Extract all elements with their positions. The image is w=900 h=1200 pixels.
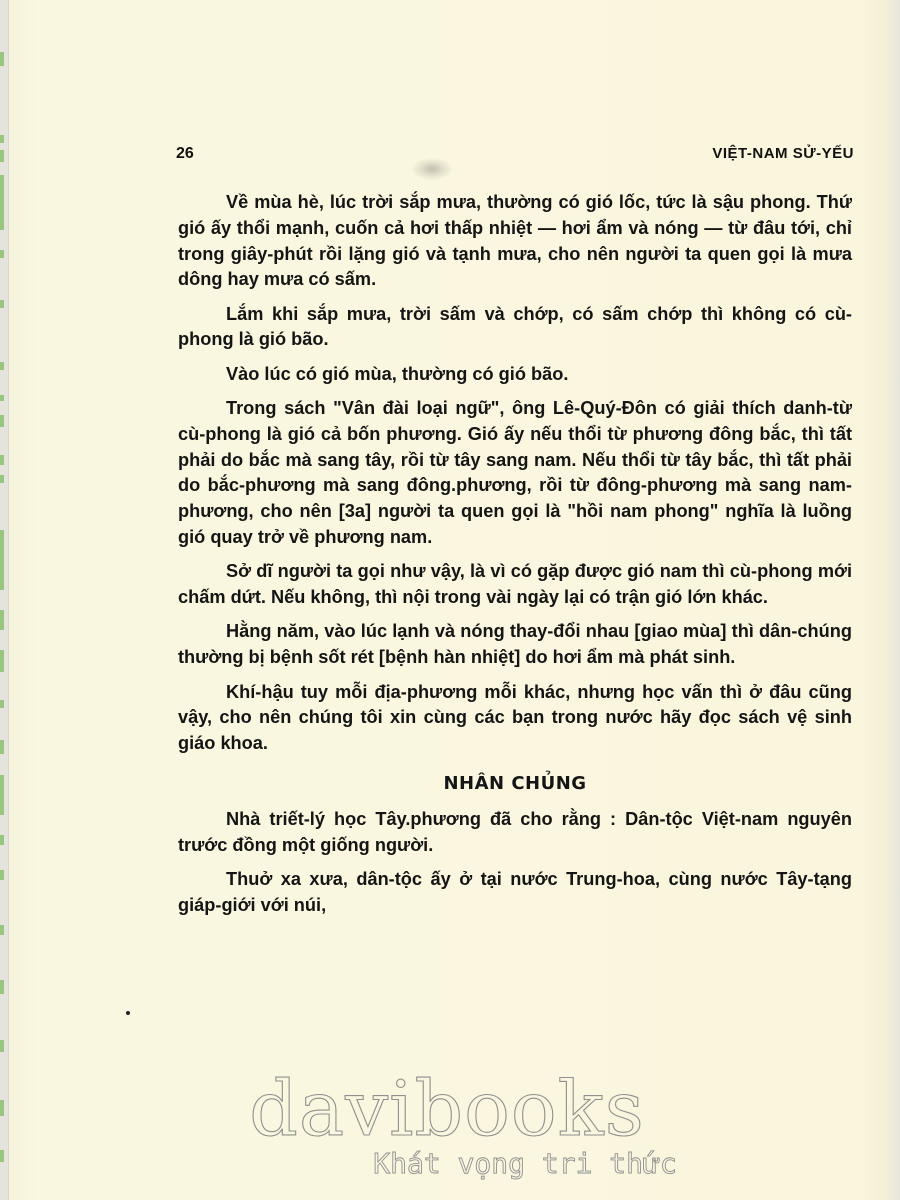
spine-letter-mark bbox=[0, 530, 4, 590]
paragraph: Nhà triết-lý học Tây.phương đã cho rằng … bbox=[178, 807, 852, 859]
page-number: 26 bbox=[176, 145, 194, 163]
spine-letter-mark bbox=[0, 475, 4, 483]
spine-letter-mark bbox=[0, 300, 4, 308]
page-right-edge bbox=[888, 0, 900, 1200]
paragraph: Trong sách "Vân đài loại ngữ", ông Lê-Qu… bbox=[178, 396, 852, 551]
spine-letter-mark bbox=[0, 362, 4, 370]
paragraph: Sở dĩ người ta gọi như vậy, là vì có gặp… bbox=[178, 559, 852, 611]
paragraph: Vào lúc có gió mùa, thường có gió bão. bbox=[178, 362, 852, 388]
running-header: 26 VIỆT-NAM SỬ-YẾU bbox=[176, 145, 854, 163]
section-heading: NHÂN CHỦNG bbox=[178, 771, 852, 797]
spine-letter-mark bbox=[0, 395, 4, 401]
spine-letter-mark bbox=[0, 650, 4, 672]
spine-letter-mark bbox=[0, 835, 4, 845]
spine-letter-mark bbox=[0, 700, 4, 708]
watermark-brand: davibooks bbox=[0, 1070, 900, 1148]
spine-letter-mark bbox=[0, 775, 4, 815]
spine-letter-mark bbox=[0, 870, 4, 880]
spine-letter-mark bbox=[0, 610, 4, 630]
spine-letter-mark bbox=[0, 740, 4, 754]
ink-dot bbox=[126, 1011, 130, 1015]
body-text: Về mùa hè, lúc trời sắp mưa, thường có g… bbox=[178, 190, 852, 927]
spine-letter-mark bbox=[0, 1040, 4, 1052]
paragraph: Hằng năm, vào lúc lạnh và nóng thay-đổi … bbox=[178, 619, 852, 671]
spine-letter-mark bbox=[0, 925, 4, 935]
spine-letter-mark bbox=[0, 52, 4, 66]
spine-letter-mark bbox=[0, 175, 4, 230]
cover-spine-edge bbox=[0, 0, 9, 1200]
spine-letter-mark bbox=[0, 455, 4, 465]
paragraph: Thuở xa xưa, dân-tộc ấy ở tại nước Trung… bbox=[178, 867, 852, 919]
spine-letter-mark bbox=[0, 135, 4, 143]
watermark: davibooks Khát vọng tri thức bbox=[0, 1070, 900, 1180]
spine-letter-mark bbox=[0, 980, 4, 994]
book-title: VIỆT-NAM SỬ-YẾU bbox=[712, 145, 854, 162]
paragraph: Về mùa hè, lúc trời sắp mưa, thường có g… bbox=[178, 190, 852, 293]
paragraph: Lắm khi sắp mưa, trời sấm và chớp, có sấ… bbox=[178, 302, 852, 354]
spine-letter-mark bbox=[0, 250, 4, 258]
paragraph: Khí-hậu tuy mỗi địa-phương mỗi khác, như… bbox=[178, 680, 852, 757]
spine-letter-mark bbox=[0, 415, 4, 427]
spine-letter-mark bbox=[0, 150, 4, 162]
